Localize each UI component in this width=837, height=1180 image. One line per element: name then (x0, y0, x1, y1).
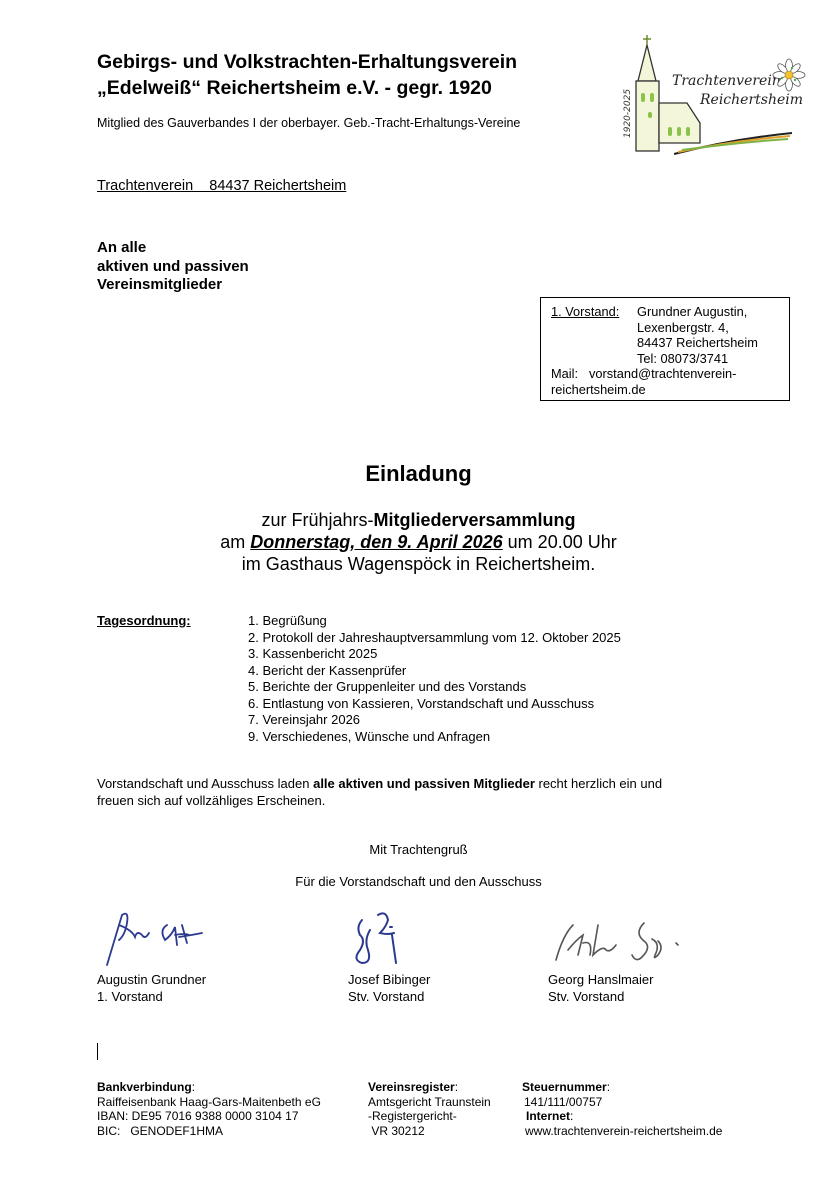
signer-role: Stv. Vorstand (548, 989, 718, 1006)
contact-line: Grundner Augustin, (637, 304, 747, 320)
organization-name: Gebirgs- und Volkstrachten-Erhaltungsver… (97, 49, 517, 101)
svg-text:Trachtenverein: Trachtenverein (672, 73, 781, 89)
bank-name: Raiffeisenbank Haag-Gars-Maitenbeth eG (97, 1095, 321, 1110)
contact-label: 1. Vorstand: (551, 304, 637, 320)
closing-prefix: Vorstandschaft und Ausschuss laden (97, 776, 313, 791)
closing-line2: freuen sich auf vollzähliges Erscheinen. (97, 793, 737, 810)
contact-line: Lexenbergstr. 4, (637, 320, 729, 336)
agenda-label: Tagesordnung: (97, 613, 191, 628)
contact-box: 1. Vorstand: Grundner Augustin, Lexenber… (540, 297, 790, 401)
signature-block: Georg Hanslmaier Stv. Vorstand (548, 905, 718, 1005)
internet-label: Internet (526, 1109, 570, 1123)
signature-augustin-grundner-icon (97, 905, 217, 970)
agenda-item: 2. Protokoll der Jahreshauptversammlung … (248, 630, 621, 647)
contact-line: 84437 Reichertsheim (637, 335, 758, 351)
invitation-line1: zur Frühjahrs-Mitgliederversammlung (0, 509, 837, 531)
invitation-text: zur Frühjahrs-Mitgliederversammlung am D… (0, 509, 837, 575)
meeting-location: im Gasthaus Wagenspöck in Reichertsheim. (0, 553, 837, 575)
register-type: -Registergericht- (368, 1109, 491, 1124)
closing-paragraph: Vorstandschaft und Ausschuss laden alle … (97, 776, 737, 809)
signer-role: Stv. Vorstand (348, 989, 430, 1006)
website-link[interactable]: www.trachtenverein-reichertsheim.de (522, 1124, 722, 1139)
recipient-line: Vereinsmitglieder (97, 276, 249, 295)
signer-role: 1. Vorstand (97, 989, 217, 1006)
bank-label: Bankverbindung (97, 1080, 192, 1094)
register-number: VR 30212 (368, 1124, 491, 1139)
footer-tax: Steuernummer: 141/111/00757 Internet: ww… (522, 1080, 722, 1138)
invitation-line2-prefix: am (220, 532, 250, 552)
signature-block: Augustin Grundner 1. Vorstand (97, 905, 217, 1005)
meeting-date: Donnerstag, den 9. April 2026 (250, 532, 502, 552)
text-cursor (97, 1043, 98, 1060)
org-name-line1: Gebirgs- und Volkstrachten-Erhaltungsver… (97, 49, 517, 75)
agenda-item: 3. Kassenbericht 2025 (248, 646, 621, 663)
club-logo: 1920-2025 Trachtenverein Reichertsheim (612, 33, 807, 158)
closing-emphasis: alle aktiven und passiven Mitglieder (313, 776, 535, 791)
greeting: Mit Trachtengruß (0, 842, 837, 859)
signature-josef-bibinger-icon (348, 905, 428, 970)
on-behalf-line: Für die Vorstandschaft und den Ausschuss (0, 874, 837, 891)
signer-name: Augustin Grundner (97, 972, 217, 989)
agenda-item: 1. Begrüßung (248, 613, 621, 630)
meeting-type: Mitgliederversammlung (373, 510, 575, 530)
sender-line: Trachtenverein 84437 Reichertsheim (97, 178, 346, 194)
signer-name: Georg Hanslmaier (548, 972, 718, 989)
invitation-line2: am Donnerstag, den 9. April 2026 um 20.0… (0, 531, 837, 553)
closing-suffix: recht herzlich ein und (535, 776, 662, 791)
recipient-line: An alle (97, 239, 249, 258)
contact-phone: Tel: 08073/3741 (637, 351, 728, 367)
svg-text:Reichertsheim: Reichertsheim (699, 92, 803, 108)
tax-number: 141/111/00757 (522, 1095, 722, 1110)
meeting-time: um 20.00 Uhr (503, 532, 617, 552)
invitation-line1-prefix: zur Frühjahrs- (261, 510, 373, 530)
register-label: Vereinsregister (368, 1080, 455, 1094)
invitation-title: Einladung (0, 461, 837, 487)
signature-block: Josef Bibinger Stv. Vorstand (348, 905, 430, 1005)
agenda-item: 4. Bericht der Kassenprüfer (248, 663, 621, 680)
bank-iban: IBAN: DE95 7016 9388 0000 3104 17 (97, 1109, 321, 1124)
church-edelweiss-logo-icon: 1920-2025 Trachtenverein Reichertsheim (612, 33, 807, 158)
tax-label: Steuernummer (522, 1080, 607, 1094)
agenda-item: 7. Vereinsjahr 2026 (248, 712, 621, 729)
contact-email-continued[interactable]: reichertsheim.de (551, 382, 779, 398)
signer-name: Josef Bibinger (348, 972, 430, 989)
membership-note: Mitglied des Gauverbandes I der oberbaye… (97, 116, 520, 130)
mail-label: Mail: (551, 366, 589, 382)
footer-register: Vereinsregister: Amtsgericht Traunstein … (368, 1080, 491, 1138)
footer-bank: Bankverbindung: Raiffeisenbank Haag-Gars… (97, 1080, 321, 1138)
closing-line1: Vorstandschaft und Ausschuss laden alle … (97, 776, 737, 793)
agenda-item: 9. Verschiedenes, Wünsche und Anfragen (248, 729, 621, 746)
agenda-item: 6. Entlastung von Kassieren, Vorstandsch… (248, 696, 621, 713)
agenda-list: 1. Begrüßung 2. Protokoll der Jahreshaup… (248, 613, 621, 745)
recipient-block: An alle aktiven und passiven Vereinsmitg… (97, 239, 249, 295)
register-court: Amtsgericht Traunstein (368, 1095, 491, 1110)
bank-bic: BIC: GENODEF1HMA (97, 1124, 321, 1139)
recipient-line: aktiven und passiven (97, 258, 249, 277)
agenda-item: 5. Berichte der Gruppenleiter und des Vo… (248, 679, 621, 696)
signature-georg-hanslmaier-icon (548, 905, 718, 970)
contact-email[interactable]: vorstand@trachtenverein- (589, 366, 736, 382)
svg-text:1920-2025: 1920-2025 (623, 89, 633, 138)
org-name-line2: „Edelweiß“ Reichertsheim e.V. - gegr. 19… (97, 75, 517, 101)
